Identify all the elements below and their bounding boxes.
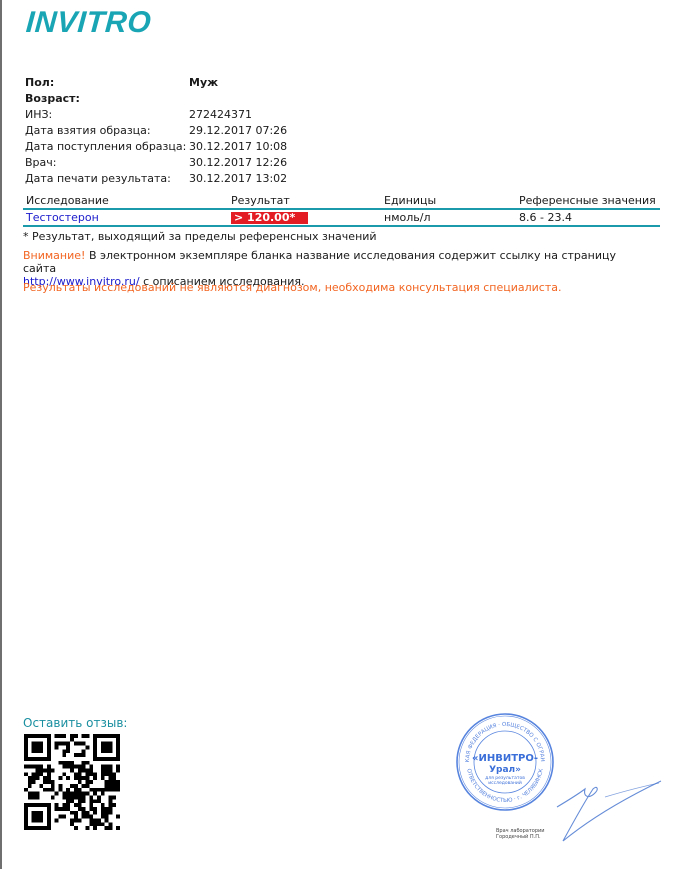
header-test: Исследование (23, 193, 228, 209)
header-reference: Референсные значения (516, 193, 660, 209)
info-row: Дата взятия образца:29.12.2017 07:26 (25, 123, 287, 139)
info-value: 30.12.2017 10:08 (189, 139, 287, 155)
info-row: Пол:Муж (25, 75, 287, 91)
reference-range: 8.6 - 23.4 (516, 209, 660, 226)
footnote: * Результат, выходящий за пределы рефере… (23, 230, 377, 243)
result-units: нмоль/л (381, 209, 516, 226)
info-label: ИНЗ: (25, 107, 189, 123)
test-name-link[interactable]: Тестостерон (26, 211, 99, 224)
disclaimer: Результаты исследований не являются диаг… (23, 281, 562, 294)
result-value-out-of-range: > 120.00* (231, 212, 308, 224)
invitro-logo: INVITRO (25, 6, 153, 40)
info-label: Дата печати результата: (25, 171, 189, 187)
feedback-label: Оставить отзыв: (23, 716, 127, 730)
qr-code-icon[interactable] (24, 734, 120, 830)
svg-text:Урал»: Урал» (489, 765, 521, 775)
signature-icon (555, 775, 665, 845)
svg-text:исследований: исследований (488, 779, 522, 786)
notice-warning: Внимание! (23, 249, 85, 262)
notice-text: В электронном экземпляре бланка название… (23, 249, 616, 275)
signatory: Врач лаборатории Городечный П.П. (496, 828, 545, 840)
info-label: Врач: (25, 155, 189, 171)
info-value: Муж (189, 75, 218, 91)
results-table: Исследование Результат Единицы Референсн… (23, 193, 660, 227)
info-row: ИНЗ:272424371 (25, 107, 287, 123)
svg-text:«ИНВИТРО-: «ИНВИТРО- (472, 753, 538, 764)
results-header-row: Исследование Результат Единицы Референсн… (23, 193, 660, 209)
info-value: 30.12.2017 13:02 (189, 171, 287, 187)
info-label: Возраст: (25, 91, 189, 107)
info-row: Дата печати результата:30.12.2017 13:02 (25, 171, 287, 187)
signatory-name: Городечный П.П. (496, 834, 545, 840)
patient-info: Пол:МужВозраст:ИНЗ:272424371Дата взятия … (25, 75, 287, 187)
info-value: 29.12.2017 07:26 (189, 123, 287, 139)
header-units: Единицы (381, 193, 516, 209)
stamp-icon: РОССИЙСКАЯ ФЕДЕРАЦИЯ · ОБЩЕСТВО С ОГРАНИ… (455, 712, 555, 812)
info-label: Дата взятия образца: (25, 123, 189, 139)
info-row: Возраст: (25, 91, 287, 107)
info-row: Врач:30.12.2017 12:26 (25, 155, 287, 171)
info-value: 30.12.2017 12:26 (189, 155, 287, 171)
info-value: 272424371 (189, 107, 252, 123)
info-label: Пол: (25, 75, 189, 91)
page-left-border (0, 0, 2, 869)
header-result: Результат (228, 193, 381, 209)
info-label: Дата поступления образца: (25, 139, 189, 155)
info-row: Дата поступления образца:30.12.2017 10:0… (25, 139, 287, 155)
table-row: Тестостерон > 120.00* нмоль/л 8.6 - 23.4 (23, 209, 660, 226)
